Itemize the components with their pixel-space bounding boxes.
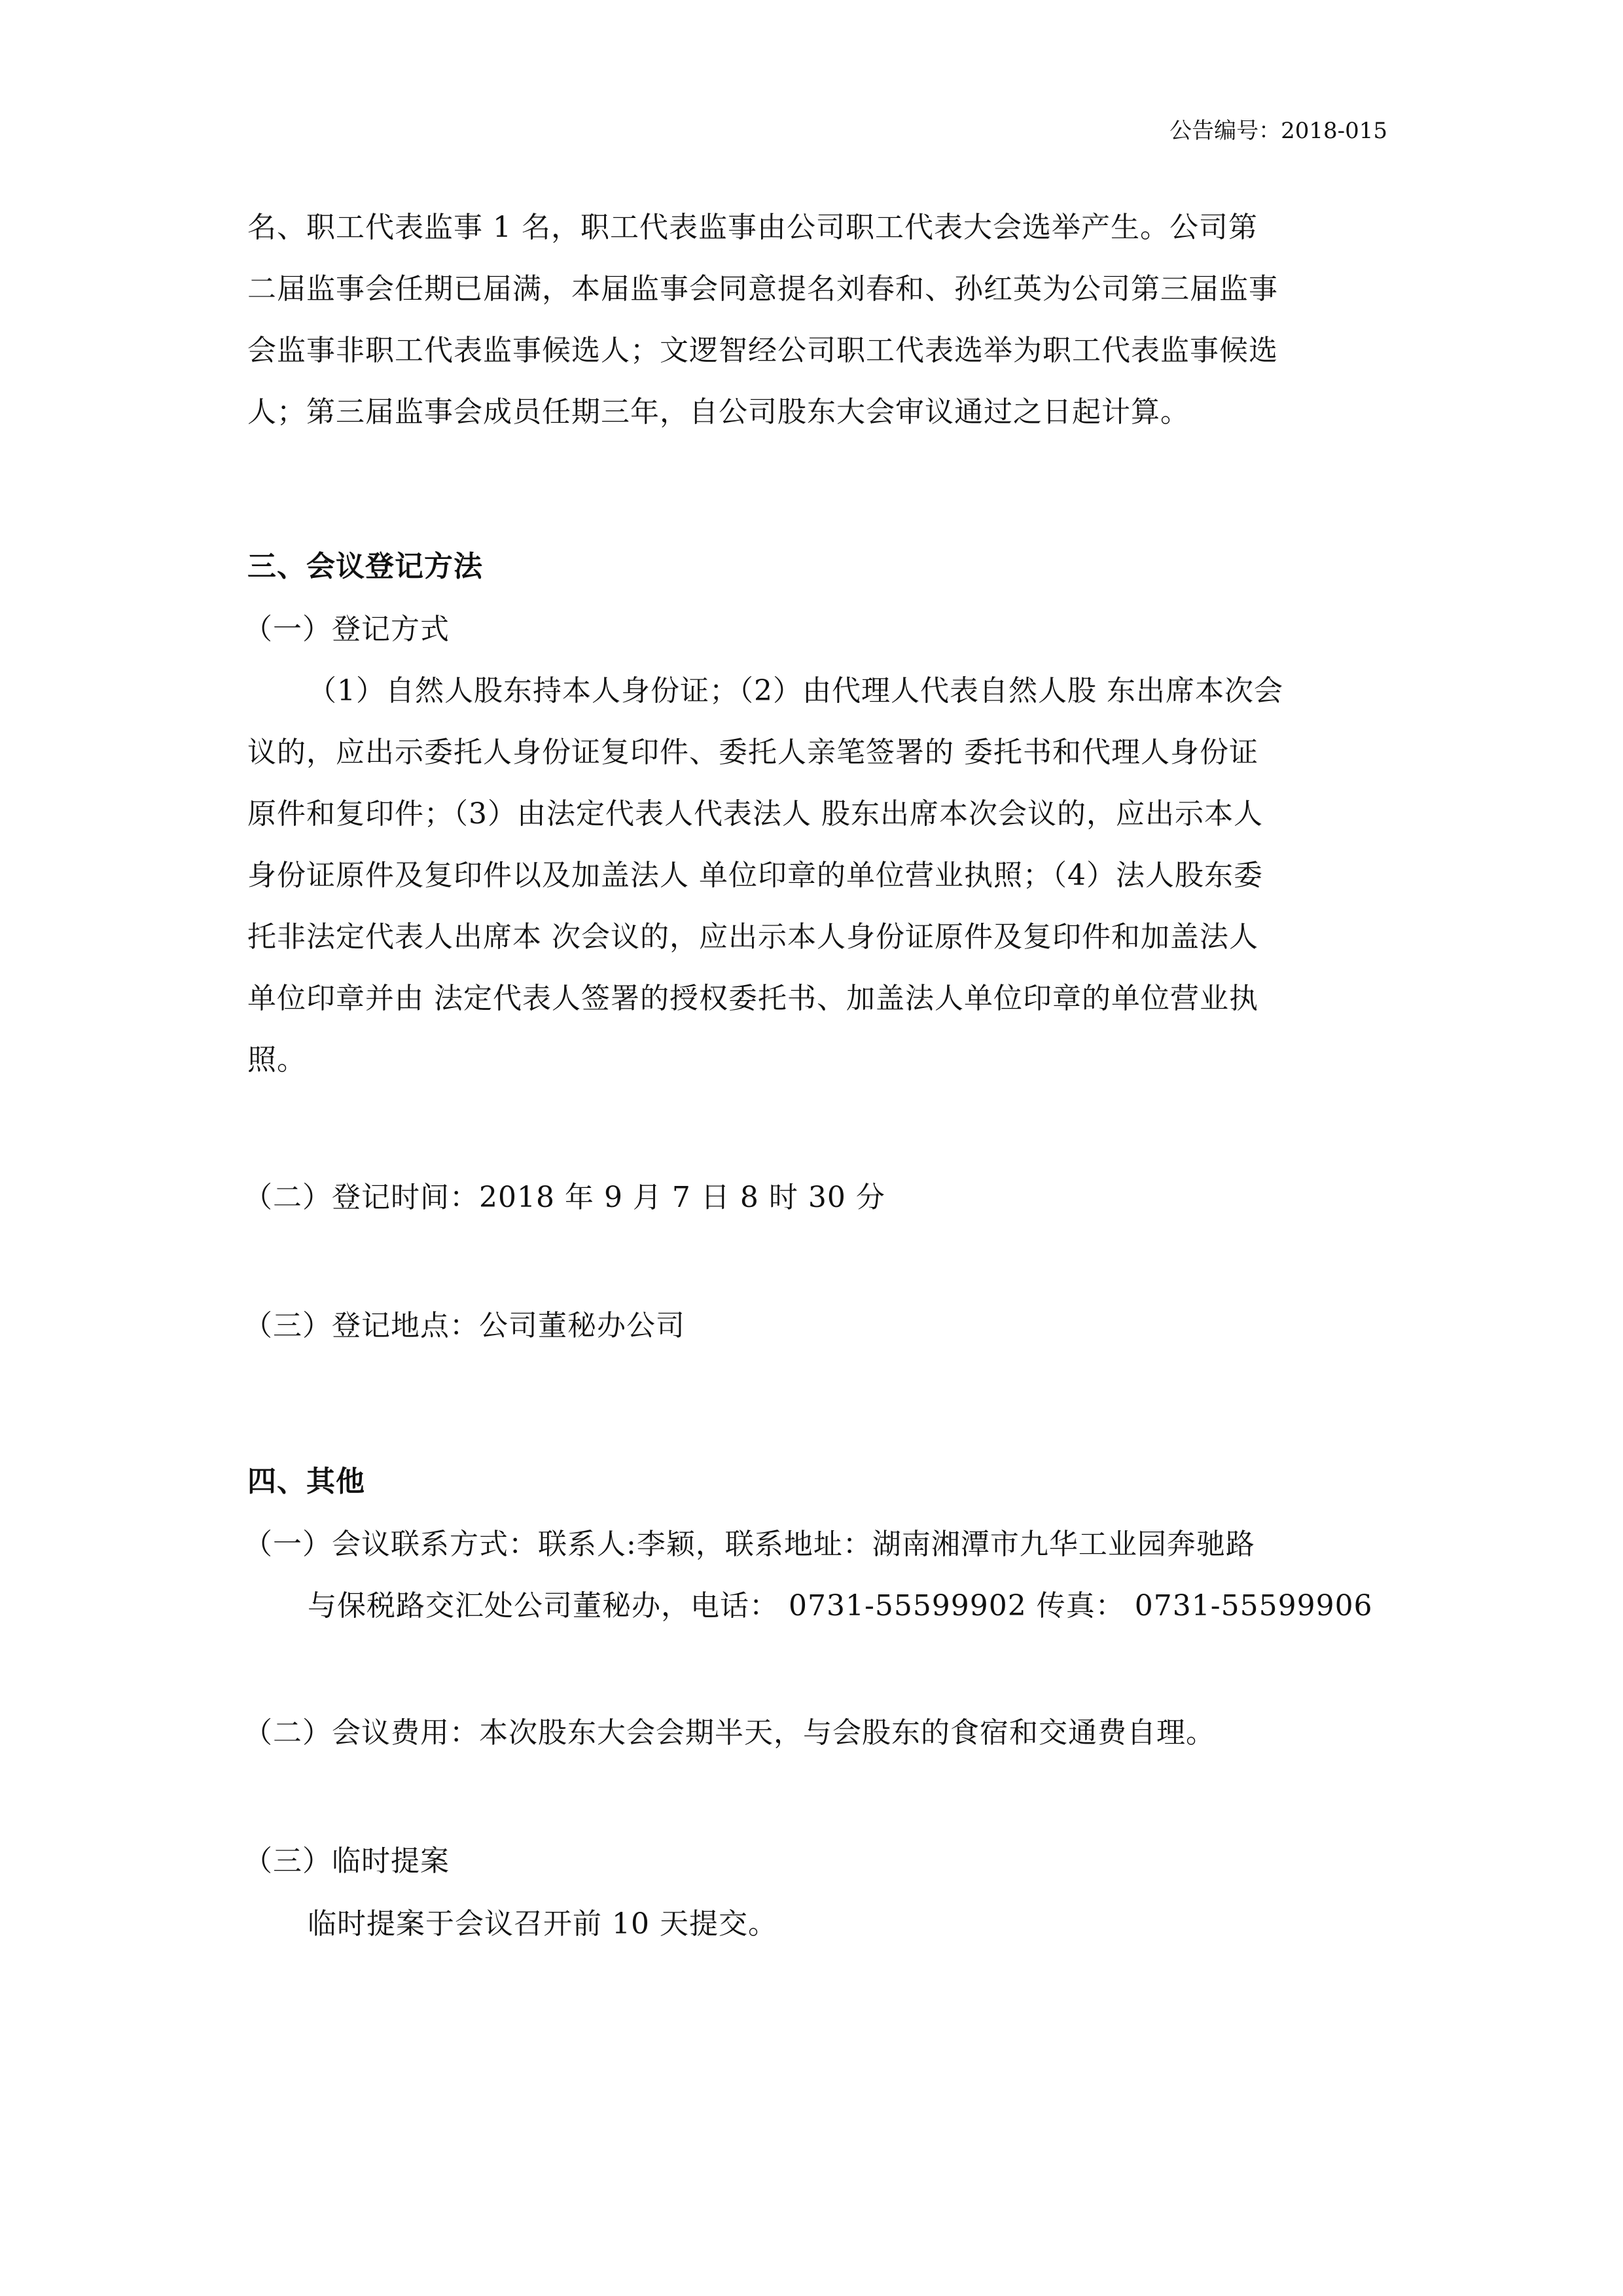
announcement-number: 公告编号：2018-015 <box>1169 115 1387 147</box>
subsection-title-temporary-proposal: （三）临时提案 <box>243 1842 1382 1881</box>
paragraph-line: （1）自然人股东持本人身份证；（2）由代理人代表自然人股 东出席本次会 <box>308 672 1446 711</box>
meeting-fees: （二）会议费用：本次股东大会会期半天，与会股东的食宿和交通费自理。 <box>243 1713 1382 1753</box>
paragraph-line: 托非法定代表人出席本 次会议的，应出示本人身份证原件及复印件和加盖法人 <box>247 918 1386 957</box>
paragraph-line: 单位印章并由 法定代表人签署的授权委托书、加盖法人单位印章的单位营业执 <box>247 979 1386 1018</box>
subsection-title-registration-method: （一）登记方式 <box>243 610 1382 649</box>
paragraph-line: 二届监事会任期已届满，本届监事会同意提名刘春和、孙红英为公司第三届监事 <box>247 270 1386 309</box>
contact-info-line: （一）会议联系方式：联系人:李颖，联系地址：湖南湘潭市九华工业园奔驰路 <box>243 1525 1382 1564</box>
paragraph-line: 议的，应出示委托人身份证复印件、委托人亲笔签署的 委托书和代理人身份证 <box>247 733 1386 772</box>
paragraph-line: 照。 <box>247 1041 1386 1080</box>
contact-info-line: 与保税路交汇处公司董秘办，电话： 0731-55599902 传真： 0731-… <box>308 1587 1446 1626</box>
paragraph-line: 名、职工代表监事 1 名，职工代表监事由公司职工代表大会选举产生。公司第 <box>247 208 1386 247</box>
document-page: 公告编号：2018-015 名、职工代表监事 1 名，职工代表监事由公司职工代表… <box>0 0 1623 2296</box>
registration-location: （三）登记地点：公司董秘办公司 <box>243 1306 1382 1346</box>
paragraph-line: 身份证原件及复印件以及加盖法人 单位印章的单位营业执照；（4）法人股东委 <box>247 856 1386 895</box>
registration-time: （二）登记时间：2018 年 9 月 7 日 8 时 30 分 <box>243 1178 1382 1217</box>
section-heading-registration: 三、会议登记方法 <box>247 547 1386 586</box>
section-heading-other: 四、其他 <box>247 1462 1386 1501</box>
paragraph-line: 会监事非职工代表监事候选人；文逻智经公司职工代表选举为职工代表监事候选 <box>247 331 1386 370</box>
paragraph-line: 人；第三届监事会成员任期三年，自公司股东大会审议通过之日起计算。 <box>247 393 1386 432</box>
paragraph-line: 原件和复印件；（3）由法定代表人代表法人 股东出席本次会议的，应出示本人 <box>247 795 1386 834</box>
temporary-proposal-body: 临时提案于会议召开前 10 天提交。 <box>308 1905 1446 1944</box>
